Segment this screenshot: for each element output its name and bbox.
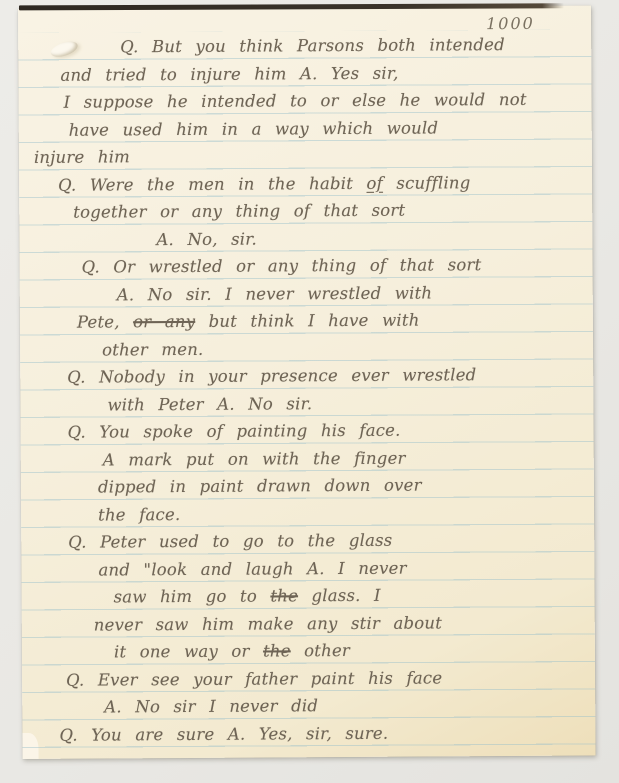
manuscript-line: A mark put on with the finger bbox=[21, 442, 594, 473]
handwritten-text: never saw him make any stir about bbox=[94, 613, 442, 634]
handwritten-text: A. No sir. I never wrestled with bbox=[117, 283, 433, 304]
manuscript-line: other men. bbox=[20, 332, 593, 363]
manuscript-line: Q. Nobody in your presence ever wrestled bbox=[20, 359, 593, 390]
handwritten-text: scuffling bbox=[383, 173, 471, 193]
handwritten-text: and "look and laugh A. I never bbox=[98, 558, 406, 579]
manuscript-line: together or any thing of that sort bbox=[19, 194, 592, 225]
handwritten-text: glass. I bbox=[298, 586, 381, 606]
manuscript-line: A. No sir. I never wrestled with bbox=[20, 277, 593, 308]
handwritten-text: Q. Peter used to go to the glass bbox=[68, 531, 392, 552]
handwritten-text: Q. Were the men in the habit bbox=[58, 173, 367, 194]
handwritten-text: but think I have with bbox=[195, 311, 419, 331]
manuscript-lines: Q. But you think Parsons both intendedan… bbox=[18, 29, 595, 754]
manuscript-line: with Peter A. No sir. bbox=[20, 387, 593, 418]
manuscript-line: injure him bbox=[19, 139, 592, 170]
manuscript-line: A. No sir I never did bbox=[22, 689, 595, 720]
manuscript-line: A. No, sir. bbox=[19, 222, 592, 253]
manuscript-line: Q. You are sure A. Yes, sir, sure. bbox=[22, 717, 595, 748]
handwritten-text: the face. bbox=[98, 505, 180, 525]
handwritten-text: Q. You are sure A. Yes, sir, sure. bbox=[59, 723, 388, 744]
handwritten-text: injure him bbox=[34, 147, 130, 167]
handwritten-text: together or any thing of that sort bbox=[73, 201, 405, 222]
handwritten-text: and tried to injure him A. Yes sir, bbox=[60, 63, 398, 84]
manuscript-line: and "look and laugh A. I never bbox=[21, 552, 594, 583]
manuscript-line: never saw him make any stir about bbox=[22, 607, 595, 638]
manuscript-line: Q. You spoke of painting his face. bbox=[20, 414, 593, 445]
handwritten-text: other bbox=[291, 641, 350, 660]
manuscript-line: Q. Were the men in the habit of scufflin… bbox=[19, 167, 592, 198]
handwritten-text: Q. Nobody in your presence ever wrestled bbox=[67, 365, 476, 386]
manuscript-line: saw him go to the glass. I bbox=[22, 579, 595, 610]
handwritten-text: with Peter A. No sir. bbox=[107, 394, 312, 414]
struck-out-text: or any bbox=[133, 312, 195, 331]
manuscript-line: have used him in a way which would bbox=[19, 112, 592, 143]
handwritten-text: it one way or bbox=[114, 642, 263, 662]
manuscript-page: 1000 Q. But you think Parsons both inten… bbox=[18, 5, 596, 758]
handwritten-text: Q. Or wrestled or any thing of that sort bbox=[82, 255, 482, 276]
handwritten-text: A mark put on with the finger bbox=[103, 448, 406, 469]
page-top-edge bbox=[19, 3, 564, 10]
handwritten-text: I suppose he intended to or else he woul… bbox=[64, 90, 527, 112]
photo-background: 1000 Q. But you think Parsons both inten… bbox=[0, 0, 619, 783]
struck-out-text: the bbox=[270, 586, 298, 605]
struck-out-text: the bbox=[263, 641, 291, 660]
handwritten-text: A. No sir I never did bbox=[104, 696, 318, 716]
manuscript-line: Q. Peter used to go to the glass bbox=[21, 524, 594, 555]
inserted-text: of bbox=[366, 173, 383, 192]
handwritten-text: saw him go to bbox=[114, 586, 271, 606]
handwritten-text: dipped in paint drawn down over bbox=[98, 476, 422, 497]
manuscript-line: I suppose he intended to or else he woul… bbox=[18, 84, 591, 115]
handwritten-text: A. No, sir. bbox=[156, 229, 257, 249]
manuscript-line: dipped in paint drawn down over bbox=[21, 469, 594, 500]
manuscript-line: and tried to injure him A. Yes sir, bbox=[18, 57, 591, 88]
handwritten-text: Pete, bbox=[77, 312, 133, 331]
handwritten-text: Q. You spoke of painting his face. bbox=[68, 421, 401, 442]
handwritten-text: Q. But you think Parsons both intended bbox=[120, 35, 505, 56]
handwritten-text: have used him in a way which would bbox=[69, 118, 439, 139]
manuscript-line: Q. But you think Parsons both intended bbox=[18, 29, 591, 60]
handwritten-text: Q. Ever see your father paint his face bbox=[66, 668, 442, 689]
manuscript-line: Pete, or any but think I have with bbox=[20, 304, 593, 335]
manuscript-line: the face. bbox=[21, 497, 594, 528]
manuscript-line: Q. Or wrestled or any thing of that sort bbox=[19, 249, 592, 280]
manuscript-line: it one way or the other bbox=[22, 634, 595, 665]
handwritten-text: other men. bbox=[102, 339, 203, 359]
manuscript-line: Q. Ever see your father paint his face bbox=[22, 662, 595, 693]
